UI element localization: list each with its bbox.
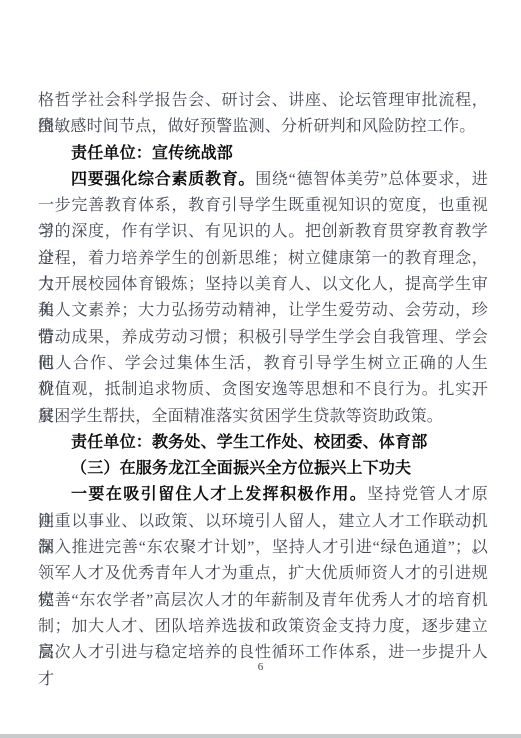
- section-heading-line: （三）在服务龙江全面振兴全方位振兴上下功夫: [38, 456, 488, 482]
- paragraph-lead-bold: 四要强化综合素质教育。: [71, 171, 255, 188]
- document-line: 价值观，抵制追求物质、贪图安逸等思想和不良行为。扎实开展: [38, 377, 488, 403]
- document-line: 四要强化综合素质教育。围绕“德智体美劳”总体要求，进: [38, 167, 488, 193]
- document-line: 过程，着力培养学生的创新思维；树立健康第一的教育理念，大: [38, 246, 488, 272]
- document-line: 格哲学社会科学报告会、研讨会、讲座、论坛管理审批流程，围: [38, 88, 488, 114]
- document-line: 制；加大人才、团队培养选拔和政策资金支持力度，逐步建立高: [38, 614, 488, 640]
- page-edge-shadow: [0, 734, 521, 738]
- document-line: 注重以事业、以政策、以环境引人留人，建立人才工作联动机制。: [38, 509, 488, 535]
- document-line: 习的深度，作有学识、有见识的人。把创新教育贯穿教育教学全: [38, 219, 488, 245]
- document-line: 绕敏感时间节点，做好预警监测、分析研判和风险防控工作。: [38, 114, 488, 140]
- paragraph-lead-bold: 一要在吸引留住人才上发挥积极作用。: [71, 486, 367, 503]
- responsibility-unit-line: 责任单位：宣传统战部: [38, 141, 488, 167]
- document-line: 他人合作、学会过集体生活，教育引导学生树立正确的人生观、: [38, 351, 488, 377]
- document-page: 格哲学社会科学报告会、研讨会、讲座、论坛管理审批流程，围 绕敏感时间节点，做好预…: [0, 0, 521, 738]
- paragraph-text: 围绕“德智体美劳”总体要求，进: [255, 171, 488, 188]
- document-line: 深入推进完善“东农聚才计划”，坚持人才引进“绿色通道”；以: [38, 535, 488, 561]
- page-number: 6: [0, 660, 521, 674]
- document-line: 和人文素养；大力弘扬劳动精神，让学生爱劳动、会劳动，珍惜: [38, 298, 488, 324]
- document-line: 劳动成果，养成劳动习惯；积极引导学生学会自我管理、学会同: [38, 325, 488, 351]
- document-text-block: 格哲学社会科学报告会、研讨会、讲座、论坛管理审批流程，围 绕敏感时间节点，做好预…: [38, 88, 488, 667]
- document-line: 力开展校园体育锻炼；坚持以美育人、以文化人，提高学生审美: [38, 272, 488, 298]
- document-line: 完善“东农学者”高层次人才的年薪制及青年优秀人才的培育机: [38, 588, 488, 614]
- responsibility-unit-line: 责任单位：教务处、学生工作处、校团委、体育部: [38, 430, 488, 456]
- document-line: 一步完善教育体系，教育引导学生既重视知识的宽度，也重视学: [38, 193, 488, 219]
- document-line: 一要在吸引留住人才上发挥积极作用。坚持党管人才原则，: [38, 482, 488, 508]
- document-line: 领军人才及优秀青年人才为重点，扩大优质师资人才的引进规模；: [38, 561, 488, 587]
- document-line: 贫困学生帮扶，全面精准落实贫困学生贷款等资助政策。: [38, 404, 488, 430]
